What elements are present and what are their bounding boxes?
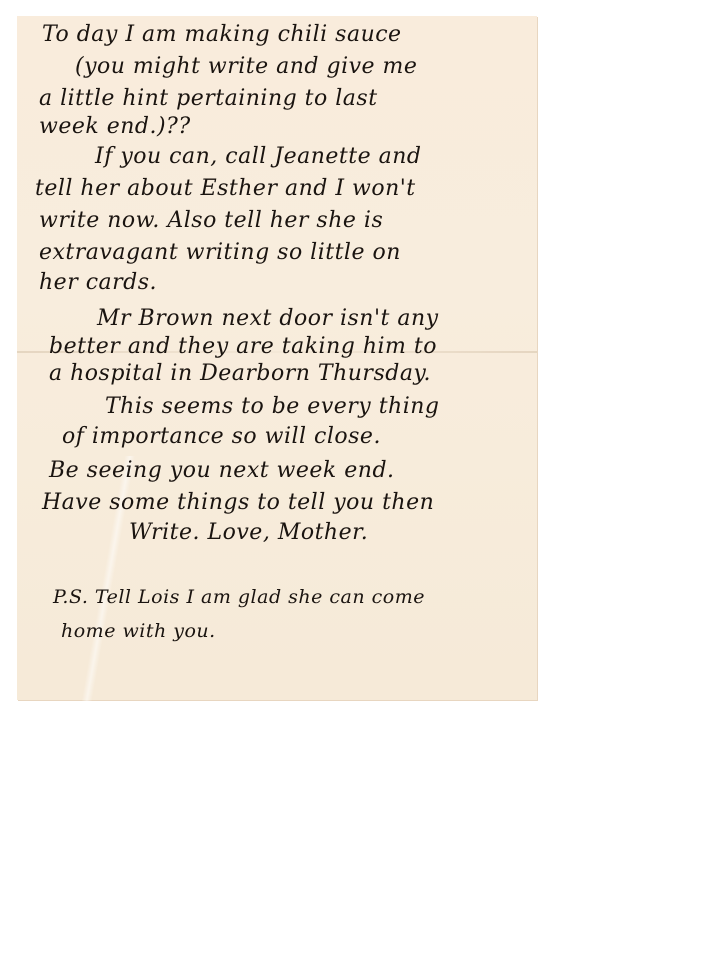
letter-line: (you might write and give me bbox=[75, 54, 417, 79]
letter-line: This seems to be every thing bbox=[105, 394, 440, 419]
letter-line: of importance so will close. bbox=[62, 424, 381, 449]
letter-line: Mr Brown next door isn't any bbox=[97, 306, 439, 331]
letter-line: her cards. bbox=[39, 270, 157, 295]
letter-line: better and they are taking him to bbox=[49, 334, 437, 359]
letter-line: tell her about Esther and I won't bbox=[35, 176, 416, 201]
letter-postscript: home with you. bbox=[61, 620, 216, 642]
letter-line: a little hint pertaining to last bbox=[39, 86, 378, 111]
letter-line: extravagant writing so little on bbox=[39, 240, 401, 265]
letter-signature: Write. Love, Mother. bbox=[129, 520, 368, 545]
letter-line: Have some things to tell you then bbox=[42, 490, 434, 515]
letter-line: write now. Also tell her she is bbox=[39, 208, 383, 233]
letter-line: To day I am making chili sauce bbox=[42, 22, 402, 47]
letter-line: If you can, call Jeanette and bbox=[95, 144, 421, 169]
letter-line: week end.)?? bbox=[39, 114, 191, 139]
letter-postscript: P.S. Tell Lois I am glad she can come bbox=[53, 586, 425, 608]
letter-line: a hospital in Dearborn Thursday. bbox=[49, 361, 431, 386]
letter-line: Be seeing you next week end. bbox=[49, 458, 395, 483]
letter-page: To day I am making chili sauce (you migh… bbox=[17, 16, 537, 700]
